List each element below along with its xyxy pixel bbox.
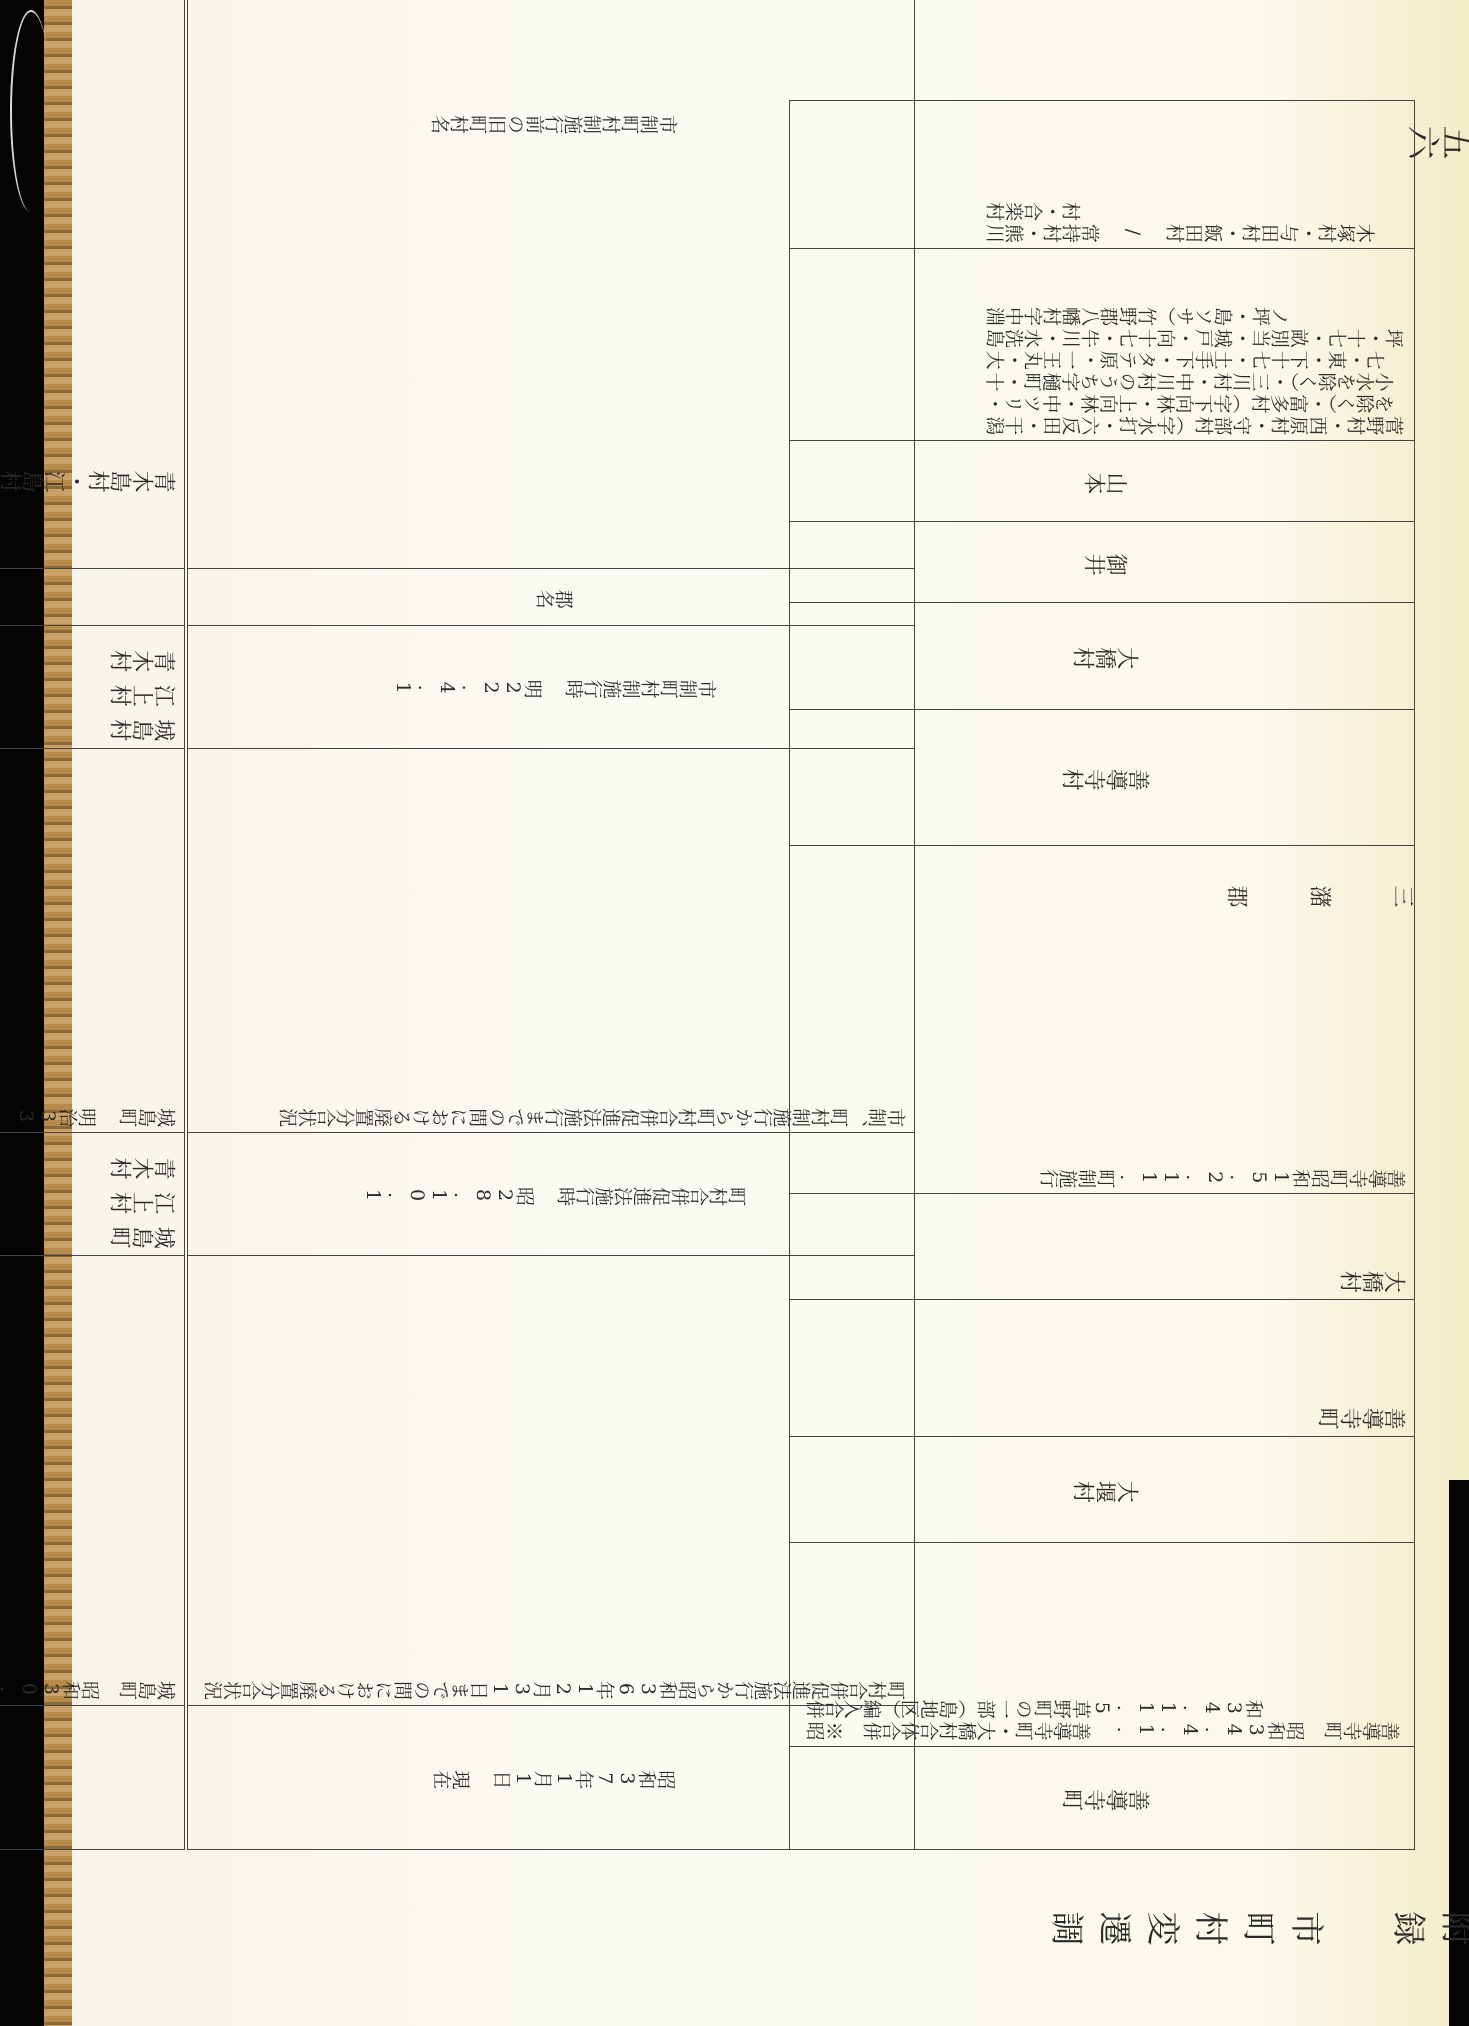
bottom-table: 昭和37年1月1日 現在 町村合併促進法施行から昭和36年12月31日までの間に… — [0, 0, 915, 1850]
cell-merger: 城島町 昭和30.2.1 城島町・江上村・青木村合体合併 — [0, 1256, 187, 1706]
section-gun-label: 三 潴 郡 — [1209, 879, 1415, 910]
header-old-names: 市制町村制施行前の旧町村名 — [187, 0, 915, 569]
header-municipal-period: 市制、町村制施行から町村合併促進法施行までの間における廃置分合状況 — [187, 748, 915, 1132]
header-gun: 郡名 — [187, 569, 915, 626]
table-row-jojima: 城島町 城島町 昭和30.2.1 城島町・江上村・青木村合体合併 城島町 江上村… — [0, 0, 187, 1850]
header-merger-period: 町村合併促進法施行から昭和36年12月31日までの間における廃置分合状況 — [187, 1256, 915, 1706]
cell-meiji: 城島村 江上村 青木村 — [0, 625, 187, 748]
cell-promo: 城島町 江上村 青木村 — [0, 1133, 187, 1256]
cell-old: 城島村・内野村・浜村・下田村・芦塚村・大依村・六丁原村・楢津村 江上村・江上上村… — [0, 0, 187, 569]
cell-current: 城島町 — [0, 1705, 187, 1849]
header-current: 昭和37年1月1日 現在 — [187, 1705, 915, 1849]
header-row: 昭和37年1月1日 現在 町村合併促進法施行から昭和36年12月31日までの間に… — [187, 0, 915, 1850]
page-title: 附録 市町村変遷調 — [1037, 1901, 1469, 1950]
rotated-page: 附録 市町村変遷調 五六 善導寺町 善導寺町 昭和34.4.1. 善導寺町・大橋… — [175, 70, 1469, 1970]
page-number: 五六 — [1407, 115, 1469, 164]
header-meiji: 市制町村制施行時 明22.4.1 — [187, 625, 915, 748]
header-promotion-law: 町村合併促進法施行時 昭28.10.1 — [187, 1133, 915, 1256]
cell-gun: 三潴 — [0, 569, 187, 626]
cell-municipal: 城島町 明治33.5.31 町制施行 — [0, 748, 187, 1132]
